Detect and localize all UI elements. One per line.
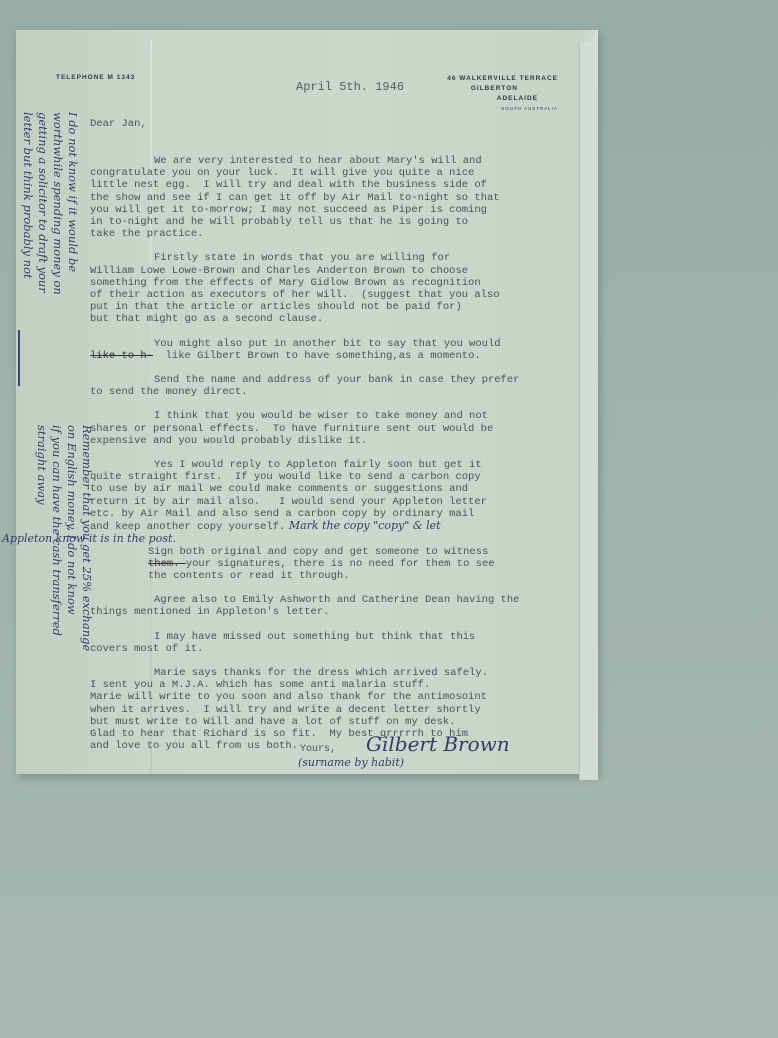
text-line: to send the money direct. [90, 386, 590, 398]
text-line: the show and see if I can get it off by … [90, 192, 590, 204]
text-line: Firstly state in words that you are will… [90, 252, 590, 264]
text-line: Yes I would reply to Appleton fairly soo… [90, 459, 590, 471]
text-line: expensive and you would probably dislike… [90, 435, 590, 447]
text-line: I sent you a M.J.A. which has some anti … [90, 679, 590, 691]
text-line: Marie will write to you soon and also th… [90, 691, 590, 703]
signature: Gilbert Brown [366, 732, 510, 756]
text-line: you will get it to-morrow; I may not suc… [90, 204, 590, 216]
signature-note: (surname by habit) [298, 756, 404, 769]
paragraph: Send the name and address of your bank i… [90, 374, 590, 398]
struck-text: like to h- [90, 350, 153, 362]
struck-text: them. [148, 558, 186, 570]
paragraph: Sign both original and copy and get some… [90, 546, 590, 583]
text-line: congratulate you on your luck. It will g… [90, 167, 590, 179]
text-line: Marie says thanks for the dress which ar… [90, 667, 590, 679]
margin-underline [18, 330, 20, 386]
address-line: GILBERTON [447, 84, 518, 94]
text-line: shares or personal effects. To have furn… [90, 423, 590, 435]
letterhead-telephone: TELEPHONE M 1343 [56, 74, 135, 81]
text-line: return it by air mail also. I would send… [90, 496, 590, 508]
text-line: covers most of it. [90, 643, 590, 655]
letter-body: Dear Jan, We are very interested to hear… [90, 94, 590, 777]
text-line: them. your signatures, there is no need … [148, 558, 590, 570]
text-line: Agree also to Emily Ashworth and Catheri… [90, 594, 590, 606]
text-line: of their action as executors of her will… [90, 289, 590, 301]
paragraph: I think that you would be wiser to take … [90, 410, 590, 447]
paragraph: Marie says thanks for the dress which ar… [90, 667, 590, 752]
text-line: and love to you all from us both. [90, 740, 590, 752]
text-line: Glad to hear that Richard is so fit. My … [90, 728, 590, 740]
salutation: Dear Jan, [90, 118, 590, 130]
text-line: We are very interested to hear about Mar… [90, 155, 590, 167]
text-line: You might also put in another bit to say… [90, 338, 590, 350]
paragraph: We are very interested to hear about Mar… [90, 155, 590, 240]
text-line: put in that the article or articles shou… [90, 301, 590, 313]
text-line: like to h- like Gilbert Brown to have so… [90, 350, 590, 362]
text-line: William Lowe Lowe-Brown and Charles Ande… [90, 265, 590, 277]
text-line: but that might go as a second clause. [90, 313, 590, 325]
paragraph: Firstly state in words that you are will… [90, 252, 590, 325]
handwritten-annotation: Mark the copy "copy" & let [285, 519, 440, 532]
paragraph: I may have missed out something but thin… [90, 631, 590, 655]
text-line: Send the name and address of your bank i… [90, 374, 590, 386]
paragraph: You might also put in another bit to say… [90, 338, 590, 362]
text-line: take the practice. [90, 228, 590, 240]
closing: Yours, [300, 744, 336, 755]
text-line: but must write to Will and have a lot of… [90, 716, 590, 728]
text-line: things mentioned in Appleton's letter. [90, 606, 590, 618]
text-line: I think that you would be wiser to take … [90, 410, 590, 422]
margin-note-1: I do not know if it would be worthwhile … [20, 112, 80, 382]
text-line: I may have missed out something but thin… [90, 631, 590, 643]
paragraphs: We are very interested to hear about Mar… [90, 155, 590, 752]
paragraph: Agree also to Emily Ashworth and Catheri… [90, 594, 590, 618]
text-line: to use by air mail we could make comment… [90, 483, 590, 495]
text-line: something from the effects of Mary Gidlo… [90, 277, 590, 289]
letter-date: April 5th. 1946 [296, 80, 404, 94]
text-line: when it arrives. I will try and write a … [90, 704, 590, 716]
text-line: little nest egg. I will try and deal wit… [90, 179, 590, 191]
text-line: in to-night and he will probably tell us… [90, 216, 590, 228]
paragraph: Yes I would reply to Appleton fairly soo… [90, 459, 590, 545]
text-line: the contents or read it through. [148, 570, 590, 582]
text-line: Sign both original and copy and get some… [148, 546, 590, 558]
margin-note-2: Remember that you get 25% exchange on En… [34, 425, 94, 755]
address-line: 46 WALKERVILLE TERRACE [447, 74, 558, 84]
text-line: quite straight first. If you would like … [90, 471, 590, 483]
